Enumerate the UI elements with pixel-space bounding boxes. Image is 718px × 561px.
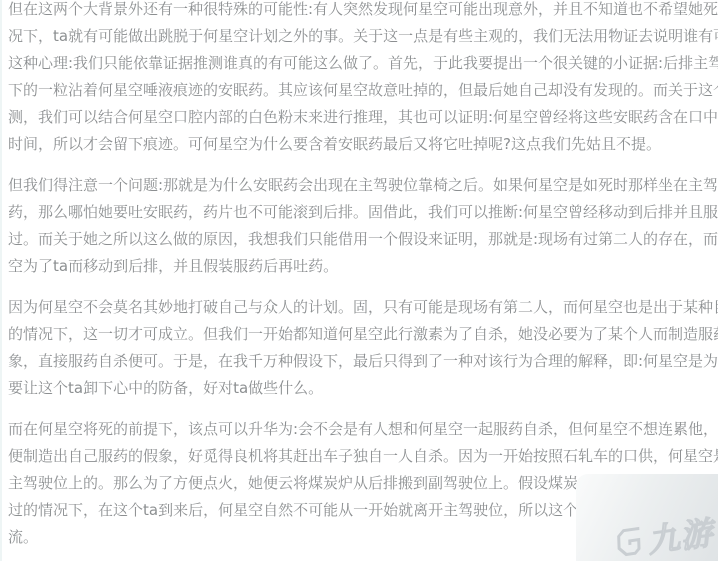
text-line: 时间，所以才会留下痕迹。可何星空为什么要含着安眠药最后又将它吐掉呢?这点我们先姑…	[8, 131, 714, 158]
text-line: 但我们得注意一个问题:那就是为什么安眠药会出现在主驾驶位靠椅之后。如果何星空是如…	[8, 172, 714, 199]
text-line: 便制造出自己服药的假象，好觅得良机将其赶出车子独自一人自杀。因为一开始按照石轧车…	[8, 443, 714, 470]
watermark-panel: 九游	[576, 474, 718, 561]
jiuyou-watermark: 九游	[613, 507, 716, 561]
text-line: 况下，ta就有可能做出跳脱于何星空计划之外的事。关于这一点是有些主观的，我们无法…	[8, 23, 714, 50]
text-line: 这种心理:我们只能依靠证据推测谁真的有可能这么做了。首先，于此我要提出一个很关键…	[8, 50, 714, 77]
text-line: 因为何星空不会莫名其妙地打破自己与众人的计划。固，只有可能是现场有第二人，而何星…	[8, 294, 714, 321]
text-line: 但在这两个大背景外还有一种很特殊的可能性:有人突然发现何星空可能出现意外，并且不…	[8, 0, 714, 23]
jiuyou-logo-icon	[613, 523, 647, 561]
text-line: 要让这个ta卸下心中的防备，好对ta做些什么。	[8, 375, 714, 402]
paragraph: 但在这两个大背景外还有一种很特殊的可能性:有人突然发现何星空可能出现意外，并且不…	[8, 0, 714, 158]
text-line: 测，我们可以结合何星空口腔内部的白色粉末来进行推理，其也可以证明:何星空曾经将这…	[8, 104, 714, 131]
paragraph: 因为何星空不会莫名其妙地打破自己与众人的计划。固，只有可能是现场有第二人，而何星…	[8, 294, 714, 402]
text-line: 下的一粒沾着何星空唾液痕迹的安眠药。其应该何星空故意吐掉的，但最后她自己却没有发…	[8, 77, 714, 104]
text-line: 象，直接服药自杀便可。于是，在我千万种假设下，最后只得到了一种对该行为合理的解释…	[8, 348, 714, 375]
text-line: 空为了ta而移动到后排，并且假装服药后再吐药。	[8, 253, 714, 280]
text-line: 的情况下，这一切才可成立。但我们一开始都知道何星空此行激素为了自杀，她没必要为了…	[8, 321, 714, 348]
watermark-brand-text: 九游	[644, 507, 716, 561]
text-line: 药，那么哪怕她要吐安眠药，药片也不可能滚到后排。固借此，我们可以推断:何星空曾经…	[8, 199, 714, 226]
text-line: 过。而关于她之所以这么做的原因，我想我们只能借用一个假设来证明，那就是:现场有过…	[8, 226, 714, 253]
text-line: 而在何星空将死的前提下，该点可以升华为:会不会是有人想和何星空一起服药自杀，但何…	[8, 416, 714, 443]
paragraph: 但我们得注意一个问题:那就是为什么安眠药会出现在主驾驶位靠椅之后。如果何星空是如…	[8, 172, 714, 280]
article: 但在这两个大背景外还有一种很特殊的可能性:有人突然发现何星空可能出现意外，并且不…	[0, 0, 718, 551]
